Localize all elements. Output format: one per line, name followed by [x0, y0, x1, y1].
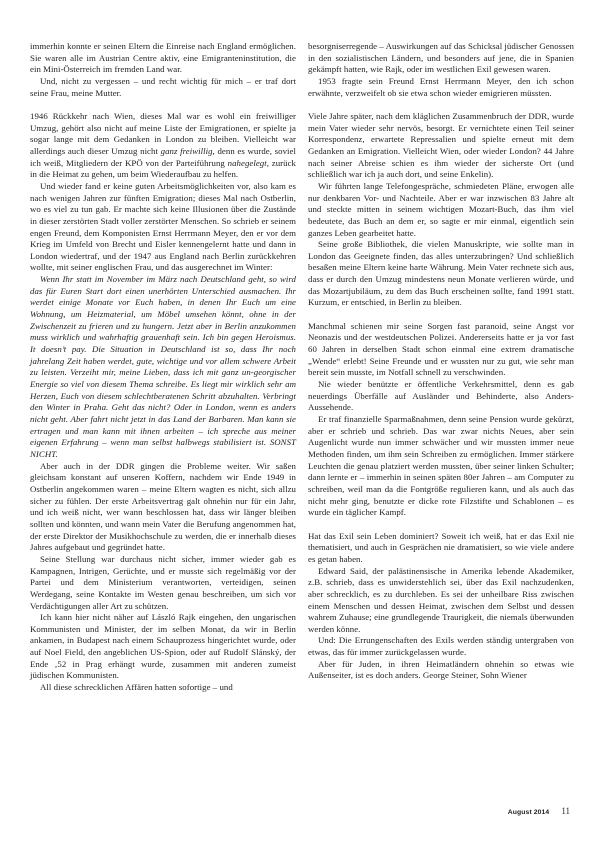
body-text: Viele Jahre später, nach dem kläglichen …	[308, 111, 574, 179]
body-text: Edward Said, der palästinensische in Ame…	[308, 566, 574, 634]
body-text: 1953 fragte sein Freund Ernst Herrmann M…	[308, 76, 574, 98]
paragraph: Ich kann hier nicht näher auf László Raj…	[30, 612, 296, 682]
paragraph: All diese schrecklichen Affären hatten s…	[30, 682, 296, 694]
paragraph: Und, nicht zu vergessen – und recht wich…	[30, 76, 296, 99]
paragraph: Nie wieder benützte er öffentliche Verke…	[308, 379, 574, 414]
paragraph: Edward Said, der palästinensische in Ame…	[308, 566, 574, 636]
paragraph: Seine große Bibliothek, die vielen Manus…	[308, 239, 574, 309]
paragraph: Wir führten lange Telefongespräche, schm…	[308, 181, 574, 239]
column-right: besorgniserregende – Auswirkungen auf da…	[308, 41, 574, 694]
body-text: Aber für Juden, in ihren Heimatländern o…	[308, 659, 574, 681]
paragraph: Viele Jahre später, nach dem kläglichen …	[308, 111, 574, 181]
paragraph: Hat das Exil sein Leben dominiert? Sowei…	[308, 531, 574, 566]
paragraph: Und: Die Errungenschaften des Exils werd…	[308, 635, 574, 658]
body-text: Seine Stellung war durchaus nicht sicher…	[30, 554, 296, 611]
body-text: All diese schrecklichen Affären hatten s…	[40, 682, 233, 692]
body-text: Er traf finanzielle Sparmaßnahmen, denn …	[308, 414, 574, 517]
paragraph: Aber für Juden, in ihren Heimatländern o…	[308, 659, 574, 682]
issue-date: August 2014	[508, 809, 550, 816]
paragraph: 1946 Rückkehr nach Wien, dieses Mal war …	[30, 111, 296, 181]
body-text: Hat das Exil sein Leben dominiert? Sowei…	[308, 531, 574, 564]
body-text: Seine große Bibliothek, die vielen Manus…	[308, 239, 574, 307]
paragraph: Manchmal schienen mir seine Sorgen fast …	[308, 321, 574, 379]
body-text: Nie wieder benützte er öffentliche Verke…	[308, 379, 574, 412]
body-text: Und wieder fand er keine guten Arbeitsmö…	[30, 181, 296, 273]
article-page: immerhin konnte er seinen Eltern die Ein…	[0, 0, 600, 844]
paragraph: Wenn Ihr statt im November im März nach …	[30, 274, 296, 461]
body-text: Und: Die Errungenschaften des Exils werd…	[308, 635, 574, 657]
page-footer: August 2014 11	[508, 806, 570, 816]
body-text: Und, nicht zu vergessen – und recht wich…	[30, 76, 296, 98]
page-number: 11	[561, 806, 570, 816]
column-left: immerhin konnte er seinen Eltern die Ein…	[30, 41, 296, 694]
emphasized-text: nahegelegt,	[228, 158, 269, 168]
paragraph: Und wieder fand er keine guten Arbeitsmö…	[30, 181, 296, 274]
paragraph: 1953 fragte sein Freund Ernst Herrmann M…	[308, 76, 574, 99]
text-columns: immerhin konnte er seinen Eltern die Ein…	[30, 41, 574, 694]
paragraph: Er traf finanzielle Sparmaßnahmen, denn …	[308, 414, 574, 519]
paragraph: immerhin konnte er seinen Eltern die Ein…	[30, 41, 296, 76]
paragraph: Aber auch in der DDR gingen die Probleme…	[30, 461, 296, 554]
body-text: Manchmal schienen mir seine Sorgen fast …	[308, 321, 574, 378]
paragraph: besorgniserregende – Auswirkungen auf da…	[308, 41, 574, 76]
body-text: Wenn Ihr statt im November im März nach …	[30, 274, 296, 459]
emphasized-text: ganz freiwillig,	[161, 146, 215, 156]
body-text: Ich kann hier nicht näher auf László Raj…	[30, 612, 296, 680]
body-text: besorgniserregende – Auswirkungen auf da…	[308, 41, 574, 74]
body-text: Aber auch in der DDR gingen die Probleme…	[30, 461, 296, 553]
paragraph: Seine Stellung war durchaus nicht sicher…	[30, 554, 296, 612]
body-text: Wir führten lange Telefongespräche, schm…	[308, 181, 574, 238]
body-text: immerhin konnte er seinen Eltern die Ein…	[30, 41, 296, 74]
